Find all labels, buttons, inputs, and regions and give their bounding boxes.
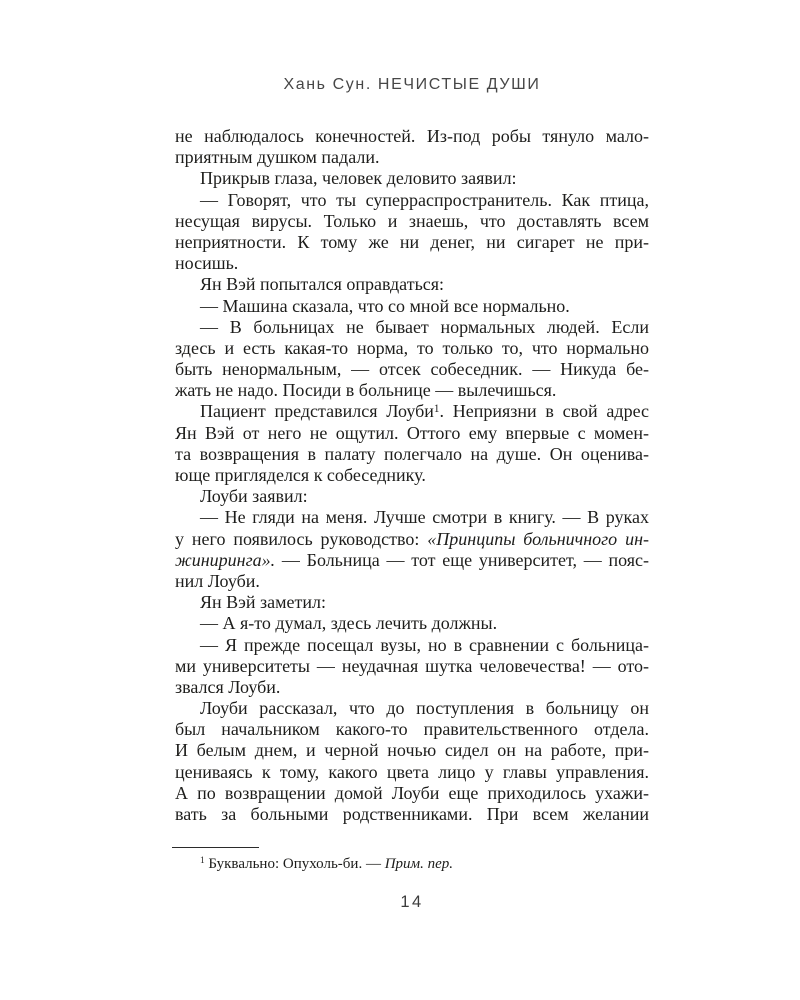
text-line: Прикрыв глаза, человек деловито заявил: xyxy=(175,168,649,189)
text-line: нил Лоуби. xyxy=(175,571,649,592)
running-head: Хань Сун. НЕЧИСТЫЕ ДУШИ xyxy=(175,76,649,94)
text-line: быть ненормальным, — отсек собеседник. —… xyxy=(175,359,649,380)
text-line: цениваясь к тому, какого цвета лицо у гл… xyxy=(175,762,649,783)
footnote-divider xyxy=(172,847,259,848)
text-line: А по возвращении домой Лоуби еще приходи… xyxy=(175,783,649,804)
book-page: Хань Сун. НЕЧИСТЫЕ ДУШИ не наблюдалось к… xyxy=(0,0,800,1000)
text-line: не наблюдалось конечностей. Из-под робы … xyxy=(175,126,649,147)
text-line: Лоуби рассказал, что до поступления в бо… xyxy=(175,698,649,719)
text-line: несущая вирусы. Только и знаешь, что дос… xyxy=(175,211,649,232)
text-line: жиниринга». — Больница — тот еще универс… xyxy=(175,550,649,571)
text-line: приятным душком падали. xyxy=(175,147,649,168)
footnote-translator-note: Прим. пер. xyxy=(385,856,453,872)
text-line: Лоуби заявил: xyxy=(175,486,649,507)
text-line: — А я-то думал, здесь лечить должны. xyxy=(175,613,649,634)
footnote-reference: 1 xyxy=(434,403,440,415)
text-line: — Говорят, что ты суперраспространитель.… xyxy=(175,190,649,211)
text-line: Ян Вэй от него не ощутил. Оттого ему впе… xyxy=(175,423,649,444)
text-line: — Машина сказала, что со мной все нормал… xyxy=(175,296,649,317)
text-line: ми университеты — неудачная шутка челове… xyxy=(175,656,649,677)
text-line: был начальником какого-то правительствен… xyxy=(175,719,649,740)
text-line: у него появилось руководство: «Принципы … xyxy=(175,529,649,550)
footnote: 1 Буквально: Опухоль-би. — Прим. пер. xyxy=(175,855,649,874)
text-column: Хань Сун. НЕЧИСТЫЕ ДУШИ не наблюдалось к… xyxy=(175,0,649,1000)
text-line: юще пригляделся к собеседнику. xyxy=(175,465,649,486)
text-block: не наблюдалось конечностей. Из-под робы … xyxy=(175,126,649,825)
text-line: носишь. xyxy=(175,253,649,274)
text-line: неприятности. К тому же ни денег, ни сиг… xyxy=(175,232,649,253)
text-line: звался Лоуби. xyxy=(175,677,649,698)
text-line: Ян Вэй попытался оправдаться: xyxy=(175,274,649,295)
text-line: жать не надо. Посиди в больнице — вылечи… xyxy=(175,380,649,401)
text-line: здесь и есть какая-то норма, то только т… xyxy=(175,338,649,359)
text-line: — Не гляди на меня. Лучше смотри в книгу… xyxy=(175,507,649,528)
text-line: — В больницах не бывает нормальных людей… xyxy=(175,317,649,338)
footnote-text: Буквально: Опухоль-би. — xyxy=(205,856,385,872)
text-line: Пациент представился Лоуби1. Неприязни в… xyxy=(175,401,649,422)
text-line: та возвращения в палату полегчало на душ… xyxy=(175,444,649,465)
page-number: 14 xyxy=(175,893,649,912)
text-line: И белым днем, и черной ночью сидел он на… xyxy=(175,740,649,761)
footnote-marker: 1 xyxy=(200,856,205,866)
text-line: Ян Вэй заметил: xyxy=(175,592,649,613)
text-line: — Я прежде посещал вузы, но в сравнении … xyxy=(175,635,649,656)
text-line: вать за больными родственниками. При все… xyxy=(175,804,649,825)
